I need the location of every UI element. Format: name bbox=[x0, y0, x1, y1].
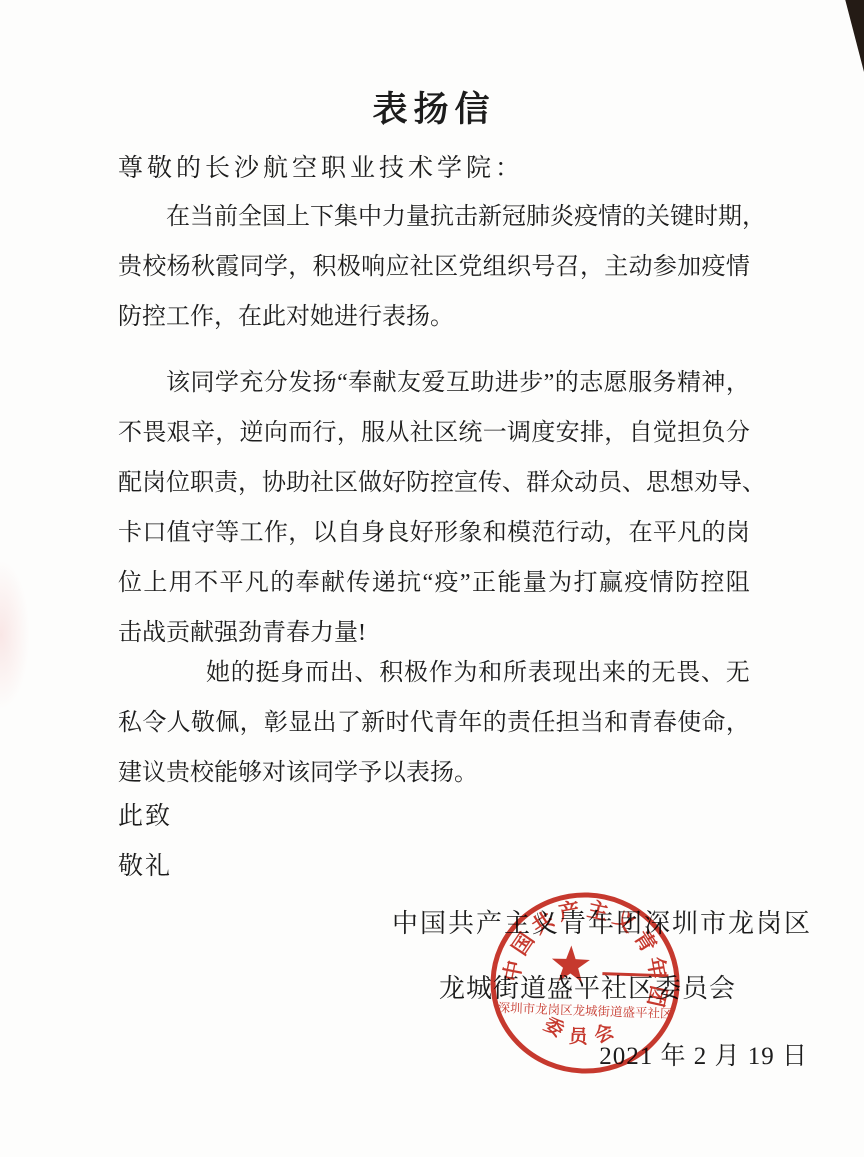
body-line: 贵校杨秋霞同学，积极响应社区党组织号召，主动参加疫情 bbox=[118, 242, 750, 292]
salutation: 尊敬的长沙航空职业技术学院： bbox=[118, 148, 524, 184]
letter-title: 表扬信 bbox=[118, 82, 750, 132]
body-line: 私令人敬佩，彰显出了新时代青年的责任担当和青春使命， bbox=[118, 698, 750, 748]
letter-page: 表扬信 尊敬的长沙航空职业技术学院： 在当前全国上下集中力量抗击新冠肺炎疫情的关… bbox=[0, 0, 864, 1157]
body-line: 她的挺身而出、积极作为和所表现出来的无畏、无 bbox=[118, 648, 750, 698]
body-line: 卡口值守等工作，以自身良好形象和模范行动，在平凡的岗 bbox=[118, 508, 750, 558]
signature-org-line-1: 中国共产主义青年团深圳市龙岗区 bbox=[392, 903, 812, 940]
body-line: 该同学充分发扬“奉献友爱互助进步”的志愿服务精神， bbox=[118, 358, 750, 408]
closing-jingli: 敬礼 bbox=[118, 846, 172, 882]
body-line: 配岗位职责，协助社区做好防控宣传、群众动员、思想劝导、 bbox=[118, 458, 750, 508]
paragraph-3: 她的挺身而出、积极作为和所表现出来的无畏、无 私令人敬佩，彰显出了新时代青年的责… bbox=[118, 648, 750, 798]
signature-org-line-2: 龙城街道盛平社区委员会 bbox=[439, 968, 736, 1005]
scan-smudge-artifact bbox=[0, 560, 30, 710]
body-line: 不畏艰辛，逆向而行，服从社区统一调度安排，自觉担负分 bbox=[118, 408, 750, 458]
body-line: 在当前全国上下集中力量抗击新冠肺炎疫情的关键时期， bbox=[118, 192, 750, 242]
body-line: 位上用不平凡的奉献传递抗“疫”正能量为打赢疫情防控阻 bbox=[118, 558, 750, 608]
closing-cizhi: 此致 bbox=[118, 796, 172, 832]
paragraph-2: 该同学充分发扬“奉献友爱互助进步”的志愿服务精神， 不畏艰辛，逆向而行，服从社区… bbox=[118, 358, 750, 658]
body-line: 防控工作，在此对她进行表扬。 bbox=[118, 292, 750, 342]
signature-date: 2021 年 2 月 19 日 bbox=[599, 1036, 808, 1072]
scan-corner-artifact bbox=[840, 0, 864, 72]
paragraph-1: 在当前全国上下集中力量抗击新冠肺炎疫情的关键时期， 贵校杨秋霞同学，积极响应社区… bbox=[118, 192, 750, 342]
body-line: 建议贵校能够对该同学予以表扬。 bbox=[118, 748, 750, 798]
